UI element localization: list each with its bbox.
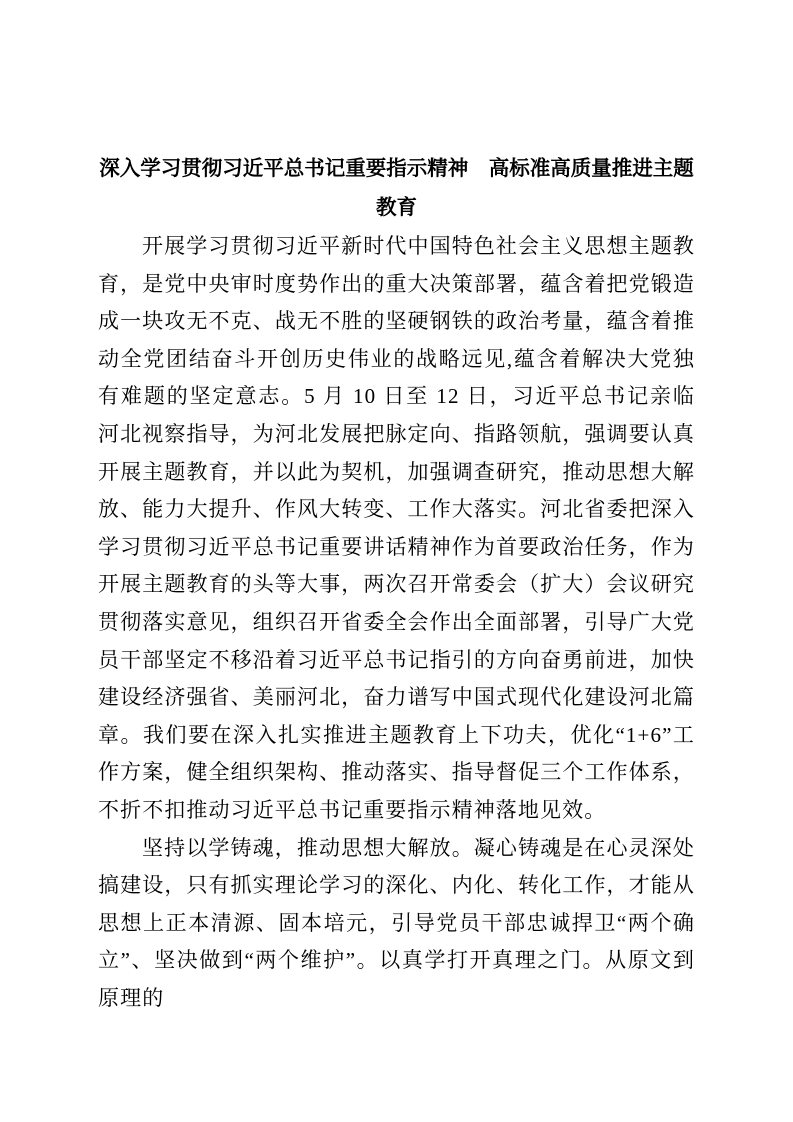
paragraph-2: 坚持以学铸魂，推动思想大解放。凝心铸魂是在心灵深处搞建设，只有抓实理论学习的深化… (98, 830, 695, 1018)
paragraph-1: 开展学习贯彻习近平新时代中国特色社会主义思想主题教育，是党中央审时度势作出的重大… (98, 228, 695, 830)
document-title: 深入学习贯彻习近平总书记重要指示精神 高标准高质量推进主题教育 (98, 150, 695, 228)
document-content: 深入学习贯彻习近平总书记重要指示精神 高标准高质量推进主题教育 开展学习贯彻习近… (98, 150, 695, 1017)
document-page: 深入学习贯彻习近平总书记重要指示精神 高标准高质量推进主题教育 开展学习贯彻习近… (0, 0, 793, 1122)
